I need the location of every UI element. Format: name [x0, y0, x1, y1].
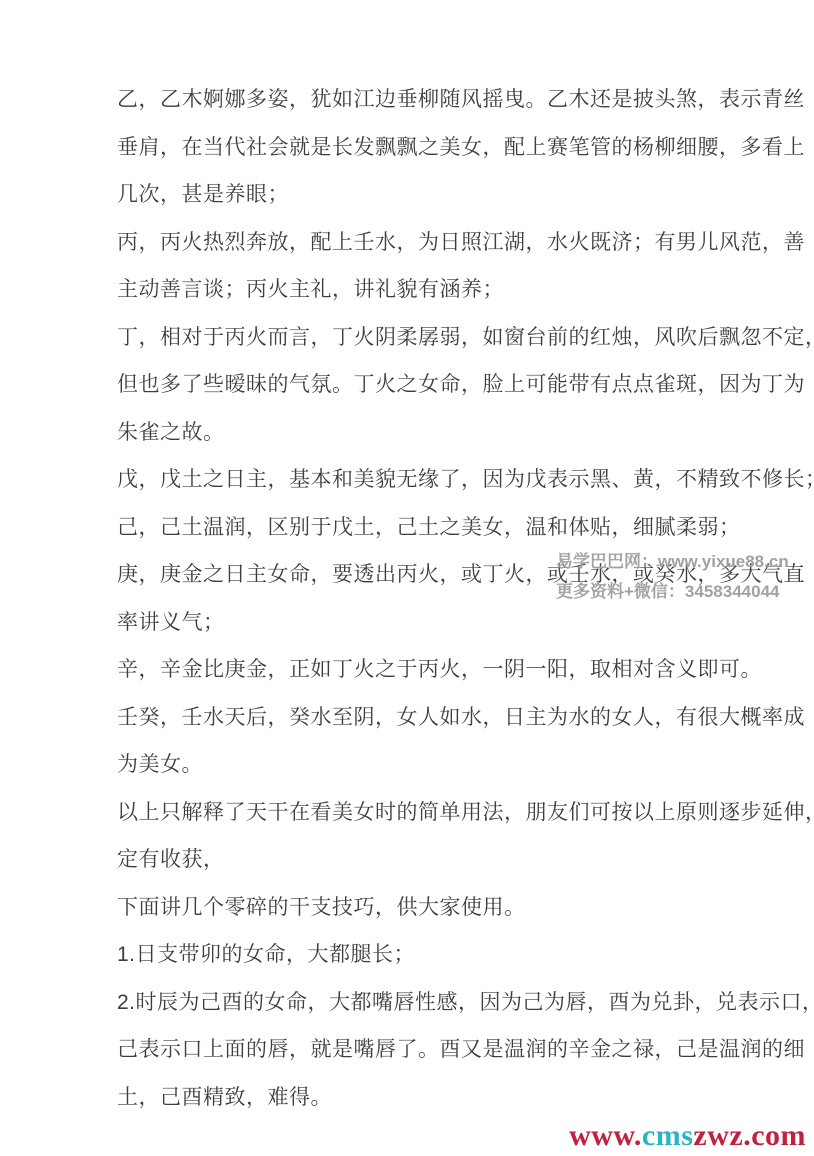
watermark-url-dotcom: .com	[743, 1119, 806, 1152]
watermark-url-cms: cms	[642, 1119, 693, 1152]
text-line: 土，己酉精致，难得。	[117, 1074, 749, 1122]
watermark-bottom-url: www.cmszwz.com	[569, 1121, 806, 1151]
watermark-center: 易学巴巴网：www.yixue88.cn 更多资料+微信：3458344044	[556, 547, 789, 607]
text-line: 以上只解释了天干在看美女时的简单用法，朋友们可按以上原则逐步延伸，	[117, 789, 749, 837]
watermark-url-www: www.	[569, 1119, 642, 1152]
text-line: 但也多了些暧昧的气氛。丁火之女命，脸上可能带有点点雀斑，因为丁为	[117, 361, 749, 409]
text-line: 2.时辰为己酉的女命，大都嘴唇性感，因为己为唇，酉为兑卦，兑表示口，	[117, 979, 749, 1027]
text-line: 下面讲几个零碎的干支技巧，供大家使用。	[117, 884, 749, 932]
text-line: 垂肩，在当代社会就是长发飘飘之美女，配上赛笔管的杨柳细腰，多看上	[117, 124, 749, 172]
text-line: 1.日支带卯的女命，大都腿长；	[117, 931, 749, 979]
text-line: 丙，丙火热烈奔放，配上壬水，为日照江湖，水火既济；有男儿风范，善	[117, 219, 749, 267]
text-line: 戊，戊土之日主，基本和美貌无缘了，因为戊表示黑、黄，不精致不修长；	[117, 456, 749, 504]
text-line: 辛，辛金比庚金，正如丁火之于丙火，一阴一阳，取相对含义即可。	[117, 646, 749, 694]
text-line: 定有收获，	[117, 836, 749, 884]
text-line: 己，己土温润，区别于戊土，己土之美女，温和体贴，细腻柔弱；	[117, 504, 749, 552]
text-line: 己表示口上面的唇，就是嘴唇了。酉又是温润的辛金之禄，己是温润的细	[117, 1026, 749, 1074]
text-line: 几次，甚是养眼；	[117, 171, 749, 219]
text-line: 壬癸，壬水天后，癸水至阴，女人如水，日主为水的女人，有很大概率成	[117, 694, 749, 742]
watermark-url-zwz: zwz	[693, 1119, 743, 1152]
watermark-site-line: 易学巴巴网：www.yixue88.cn	[556, 547, 789, 577]
text-line: 乙，乙木婀娜多姿，犹如江边垂柳随风摇曳。乙木还是披头煞，表示青丝	[117, 76, 749, 124]
text-line: 朱雀之故。	[117, 409, 749, 457]
watermark-wechat-line: 更多资料+微信：3458344044	[556, 577, 789, 607]
text-line: 丁，相对于丙火而言，丁火阴柔孱弱，如窗台前的红烛，风吹后飘忽不定，	[117, 314, 749, 362]
document-page: 乙，乙木婀娜多姿，犹如江边垂柳随风摇曳。乙木还是披头煞，表示青丝垂肩，在当代社会…	[0, 0, 814, 1156]
text-line: 为美女。	[117, 741, 749, 789]
text-line: 主动善言谈；丙火主礼，讲礼貌有涵养；	[117, 266, 749, 314]
